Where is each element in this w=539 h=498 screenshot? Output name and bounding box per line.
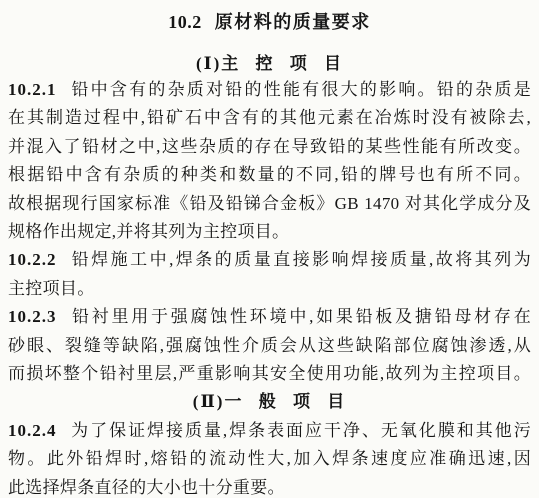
clause-10-2-1-line-3: 并混入了铅材之中,这些杂质的存在导致铅的某些性能有所改变。 <box>8 133 531 161</box>
clause-10-2-1-line-1: 10.2.1铅中含有的杂质对铅的性能有很大的影响。铅的杂质是 <box>8 76 531 104</box>
clause-10-2-4-line-3: 此选择焊条直径的大小也十分重要。 <box>8 474 531 498</box>
clause-10-2-4-line-1: 10.2.4为了保证焊接质量,焊条表面应干净、无氧化膜和其他污 <box>8 417 531 445</box>
clause-text: 为了保证焊接质量,焊条表面应干净、无氧化膜和其他污 <box>70 421 532 440</box>
subheading-main-control-items: (Ⅰ)主 控 项 目 <box>8 54 531 74</box>
document-body: 10.2.1铅中含有的杂质对铅的性能有很大的影响。铅的杂质是 在其制造过程中,铅… <box>8 76 531 498</box>
clause-10-2-3-line-1: 10.2.3铅衬里用于强腐蚀性环境中,如果铅板及搪铅母材存在 <box>8 303 531 331</box>
clause-10-2-1-line-2: 在其制造过程中,铅矿石中含有的其他元素在冶炼时没有被除去, <box>8 104 531 132</box>
clause-number: 10.2.2 <box>8 250 57 269</box>
clause-text: 铅中含有的杂质对铅的性能有很大的影响。铅的杂质是 <box>70 80 532 99</box>
clause-text: 铅衬里用于强腐蚀性环境中,如果铅板及搪铅母材存在 <box>70 307 532 326</box>
clause-text: 铅焊施工中,焊条的质量直接影响焊接质量,故将其列为 <box>70 250 532 269</box>
section-title-text: 原材料的质量要求 <box>215 12 371 32</box>
clause-10-2-3-line-2: 砂眼、裂缝等缺陷,强腐蚀性介质会从这些缺陷部位腐蚀渗透,从 <box>8 332 531 360</box>
clause-number: 10.2.4 <box>8 421 57 440</box>
clause-10-2-4-line-2: 物。此外铅焊时,熔铅的流动性大,加入焊条速度应准确迅速,因 <box>8 445 531 473</box>
clause-10-2-1-line-5: 故根据现行国家标准《铅及铅锑合金板》GB 1470 对其化学成分及 <box>8 190 531 218</box>
clause-10-2-2-line-2: 主控项目。 <box>8 275 531 303</box>
clause-10-2-1-line-4: 根据铅中含有杂质的种类和数量的不同,铅的牌号也有所不同。 <box>8 161 531 189</box>
section-number: 10.2 <box>168 12 202 32</box>
clause-10-2-2-line-1: 10.2.2铅焊施工中,焊条的质量直接影响焊接质量,故将其列为 <box>8 246 531 274</box>
clause-number: 10.2.1 <box>8 80 57 99</box>
document-page: 10.2原材料的质量要求 (Ⅰ)主 控 项 目 10.2.1铅中含有的杂质对铅的… <box>0 0 539 498</box>
subheading-general-items: (Ⅱ)一 般 项 目 <box>8 388 531 416</box>
clause-10-2-3-line-3: 而损坏整个铅衬里层,严重影响其安全使用功能,故列为主控项目。 <box>8 360 531 388</box>
section-title: 10.2原材料的质量要求 <box>8 12 531 32</box>
clause-number: 10.2.3 <box>8 307 57 326</box>
clause-10-2-1-line-6: 规格作出规定,并将其列为主控项目。 <box>8 218 531 246</box>
